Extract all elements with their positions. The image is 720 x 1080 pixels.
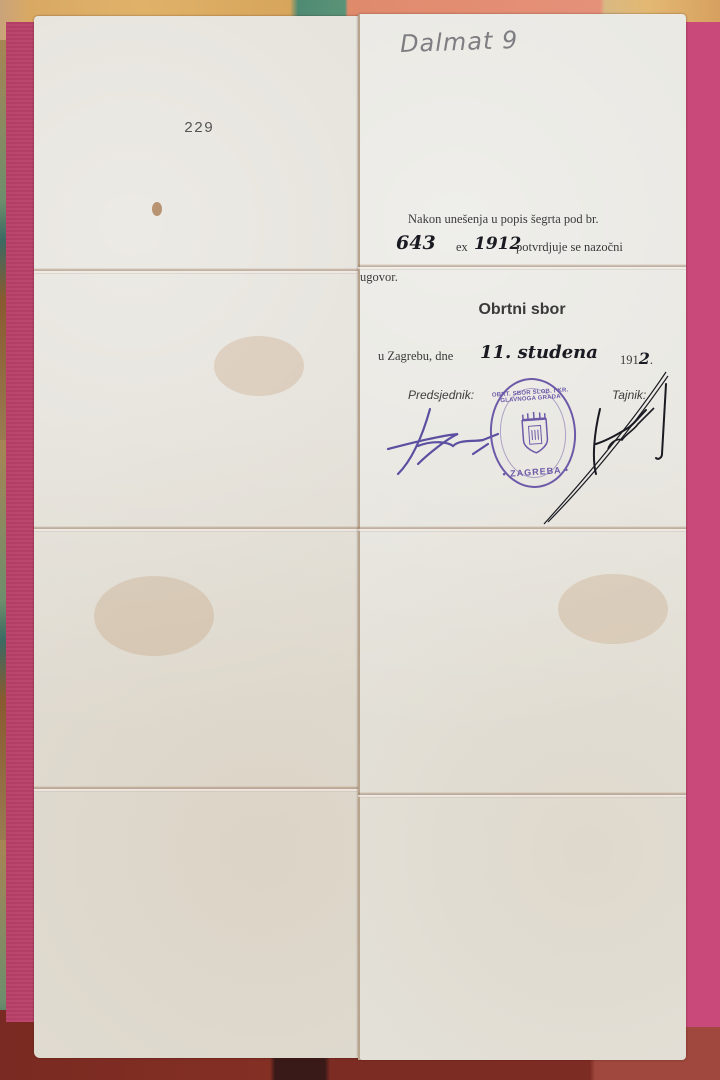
- pink-backing-card-edge: [680, 22, 720, 1027]
- registration-text-line-3: ugovor.: [360, 270, 398, 285]
- president-signature: [378, 404, 508, 484]
- registration-number-handwritten: 643: [396, 232, 436, 254]
- president-label: Predsjednik:: [408, 388, 474, 402]
- age-stain: [214, 336, 304, 396]
- secretary-signature: [538, 364, 678, 534]
- fold-line: [34, 526, 360, 532]
- age-stain: [558, 574, 668, 644]
- registration-text-line-1: Nakon unešenja u popis šegrta pod br.: [408, 212, 599, 227]
- place-date-prefix: u Zagrebu, dne: [378, 349, 453, 364]
- issuer-title: Obrtni sbor: [358, 301, 686, 319]
- fold-line: [358, 264, 686, 270]
- pencil-note: Dalmat 9: [400, 26, 519, 58]
- page-number: 229: [184, 120, 214, 137]
- date-handwritten: 11. studena: [480, 342, 598, 363]
- fold-line: [34, 268, 360, 274]
- registration-text-line-2: potvrdjuje se nazočni: [516, 240, 623, 255]
- fold-line: [358, 792, 686, 798]
- ink-stain: [152, 202, 162, 216]
- document-right-page: Dalmat 9 Nakon unešenja u popis šegrta p…: [358, 14, 686, 1060]
- fold-line: [34, 786, 360, 792]
- registration-year-handwritten: 1912: [474, 234, 521, 254]
- ex-label: ex: [456, 240, 468, 255]
- document-left-page: 229: [34, 16, 360, 1058]
- age-stain: [94, 576, 214, 656]
